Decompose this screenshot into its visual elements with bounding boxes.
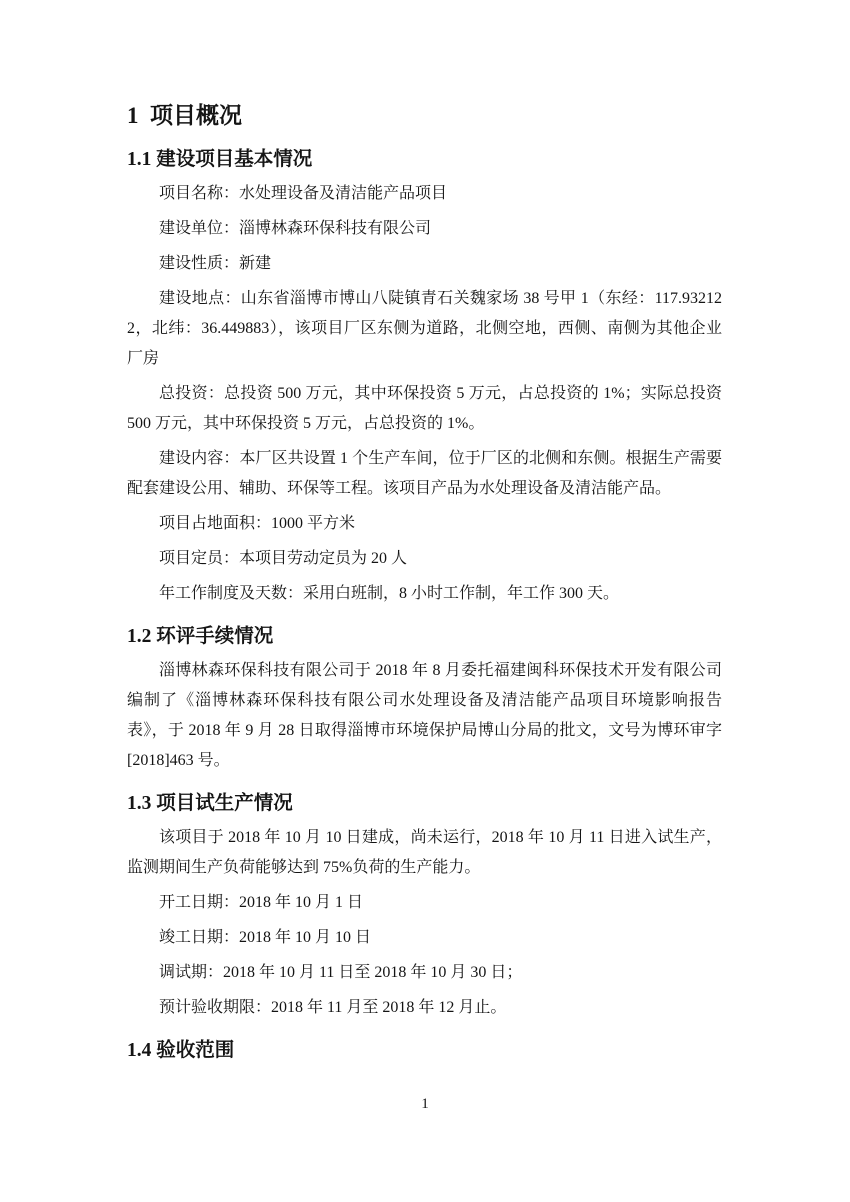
section-heading-1-1: 1.1 建设项目基本情况 xyxy=(127,146,722,174)
document-page: 1 项目概况 1.1 建设项目基本情况 项目名称：水处理设备及清洁能产品项目 建… xyxy=(0,0,850,1202)
paragraph-staffing: 项目定员：本项目劳动定员为 20 人 xyxy=(127,544,722,574)
page-number: 1 xyxy=(0,1096,850,1113)
paragraph-project-name: 项目名称：水处理设备及清洁能产品项目 xyxy=(127,179,722,209)
paragraph-eia-history: 淄博林森环保科技有限公司于 2018 年 8 月委托福建闽科环保技术开发有限公司… xyxy=(127,656,722,776)
section-basic-info: 1.1 建设项目基本情况 项目名称：水处理设备及清洁能产品项目 建设单位：淄博林… xyxy=(127,146,722,609)
section-eia-procedures: 1.2 环评手续情况 淄博林森环保科技有限公司于 2018 年 8 月委托福建闽… xyxy=(127,623,722,776)
section-heading-1-3: 1.3 项目试生产情况 xyxy=(127,790,722,818)
paragraph-total-investment: 总投资：总投资 500 万元，其中环保投资 5 万元，占总投资的 1%；实际总投… xyxy=(127,379,722,439)
paragraph-construction-content: 建设内容：本厂区共设置 1 个生产车间，位于厂区的北侧和东侧。根据生产需要配套建… xyxy=(127,444,722,504)
section-heading-1-2: 1.2 环评手续情况 xyxy=(127,623,722,651)
section-acceptance-scope: 1.4 验收范围 xyxy=(127,1037,722,1065)
paragraph-construction-site: 建设地点：山东省淄博市博山八陡镇青石关魏家场 38 号甲 1（东经：117.93… xyxy=(127,284,722,374)
paragraph-completion-date: 竣工日期：2018 年 10 月 10 日 xyxy=(127,923,722,953)
paragraph-trial-status: 该项目于 2018 年 10 月 10 日建成，尚未运行，2018 年 10 月… xyxy=(127,823,722,883)
paragraph-start-date: 开工日期：2018 年 10 月 1 日 xyxy=(127,888,722,918)
paragraph-construction-unit: 建设单位：淄博林森环保科技有限公司 xyxy=(127,214,722,244)
paragraph-commissioning-period: 调试期：2018 年 10 月 11 日至 2018 年 10 月 30 日； xyxy=(127,958,722,988)
paragraph-acceptance-deadline: 预计验收期限：2018 年 11 月至 2018 年 12 月止。 xyxy=(127,993,722,1023)
section-heading-1-4: 1.4 验收范围 xyxy=(127,1037,722,1065)
doc-title: 1 项目概况 xyxy=(127,99,722,132)
section-trial-production: 1.3 项目试生产情况 该项目于 2018 年 10 月 10 日建成，尚未运行… xyxy=(127,790,722,1023)
paragraph-work-schedule: 年工作制度及天数：采用白班制，8 小时工作制，年工作 300 天。 xyxy=(127,579,722,609)
paragraph-land-area: 项目占地面积：1000 平方米 xyxy=(127,509,722,539)
paragraph-construction-nature: 建设性质：新建 xyxy=(127,249,722,279)
